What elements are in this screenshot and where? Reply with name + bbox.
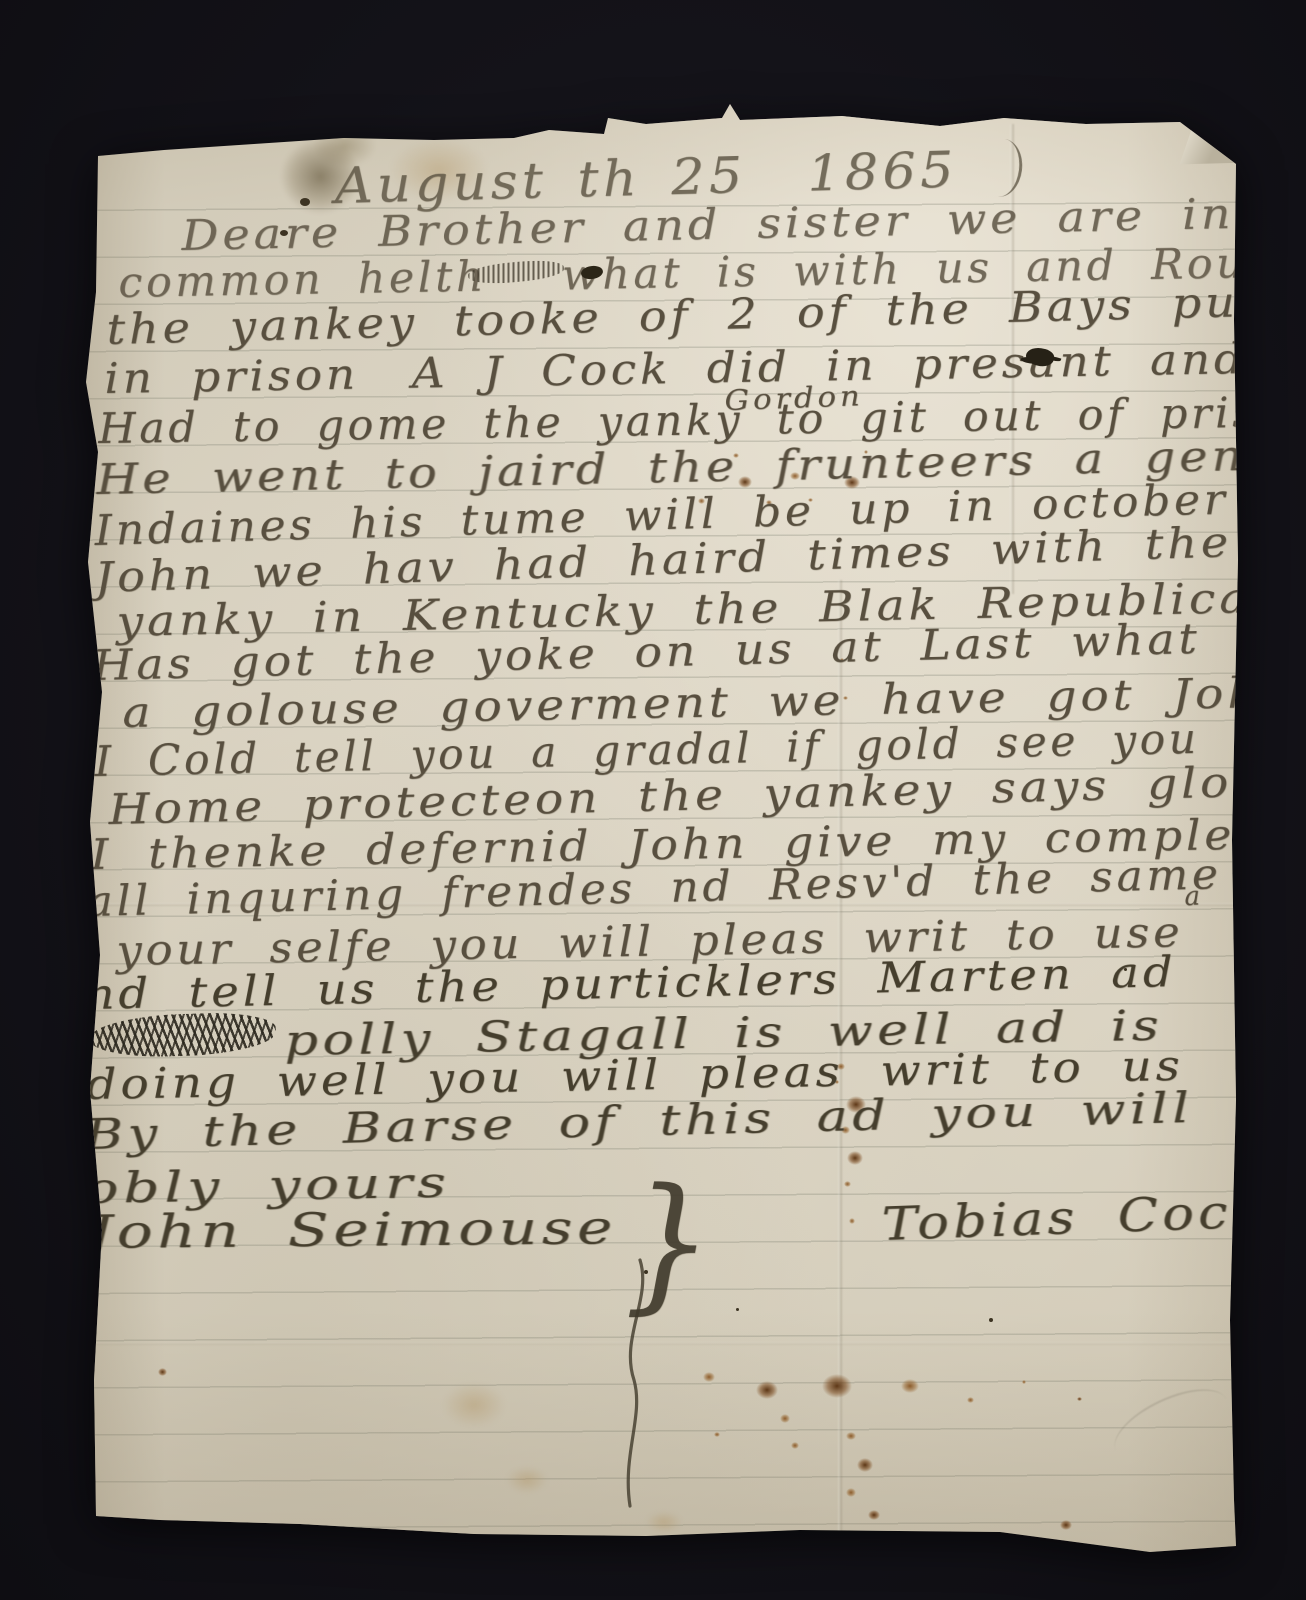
stain bbox=[849, 1218, 855, 1224]
stain bbox=[703, 1372, 715, 1382]
stain bbox=[989, 1318, 993, 1322]
stain bbox=[868, 1510, 880, 1520]
stain bbox=[644, 1510, 684, 1534]
stain bbox=[736, 1308, 739, 1311]
stain bbox=[439, 1380, 509, 1430]
signature-left: John Seimouse bbox=[88, 1203, 617, 1256]
stain bbox=[300, 198, 310, 206]
stain bbox=[847, 1151, 863, 1165]
signature-right: Tobias Cock bbox=[881, 1187, 1268, 1249]
date-flourish bbox=[996, 139, 1026, 199]
stain bbox=[158, 1368, 167, 1376]
letter-paper: August th 25 1865 Deare Brother and sist… bbox=[84, 80, 1242, 1580]
photo-background: August th 25 1865 Deare Brother and sist… bbox=[0, 0, 1306, 1600]
stain bbox=[1022, 1380, 1026, 1384]
stain bbox=[901, 1379, 919, 1393]
horizontal-fold-crease-lower bbox=[92, 1342, 1234, 1345]
paper-shadow-wrap: August th 25 1865 Deare Brother and sist… bbox=[0, 0, 1306, 1600]
stain bbox=[844, 1181, 851, 1187]
stain bbox=[756, 1381, 778, 1399]
pencil-swirl-mark bbox=[1104, 1375, 1237, 1476]
stain bbox=[780, 1414, 790, 1423]
stain bbox=[1060, 1520, 1072, 1530]
closing-bracket: } bbox=[624, 1166, 713, 1320]
stain bbox=[846, 1432, 856, 1440]
stain bbox=[714, 1432, 720, 1437]
stain bbox=[1077, 1397, 1082, 1401]
stain bbox=[967, 1397, 974, 1403]
stain bbox=[822, 1374, 852, 1398]
stain bbox=[504, 1465, 550, 1495]
stain bbox=[791, 1442, 799, 1449]
corner-fold bbox=[1170, 86, 1238, 166]
stain bbox=[857, 1458, 873, 1472]
stain bbox=[846, 1488, 856, 1497]
